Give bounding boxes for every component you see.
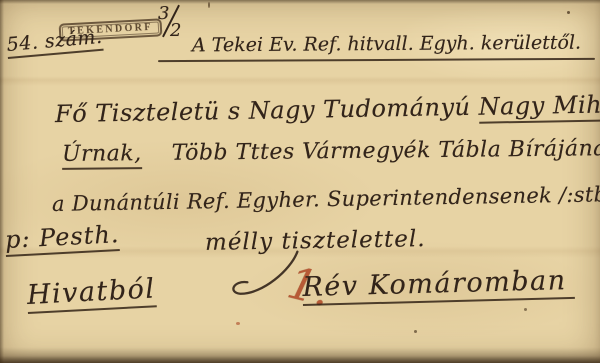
- addressee-name: Nagy Mihály: [478, 90, 600, 124]
- closing-phrase: mélly tisztelettel.: [205, 226, 426, 256]
- paper-speck: [208, 2, 210, 8]
- address-title-urnak: Úrnak,: [62, 141, 142, 170]
- paper-speck: [524, 308, 527, 311]
- address-line2-rest: Több Tttes Vármegyék Tábla Bírájának: [172, 136, 600, 166]
- fraction-denominator: 2: [170, 20, 181, 41]
- fraction-numerator: 3: [158, 3, 169, 24]
- sender-line: A Tekei Ev. Ref. hitvall. Egyh. kerülett…: [192, 32, 581, 57]
- paper-speck: [236, 322, 240, 325]
- destination: Rév Komáromban: [302, 265, 575, 306]
- route-mark: p: Pesth.: [4, 220, 120, 257]
- official-mark: Hivatból: [26, 273, 156, 314]
- letter-cover: TEKENDORF 54. szám. 3 2 A Tekei Ev. Ref.…: [0, 0, 600, 363]
- paper-speck: [414, 330, 417, 333]
- paper-speck: [567, 11, 570, 14]
